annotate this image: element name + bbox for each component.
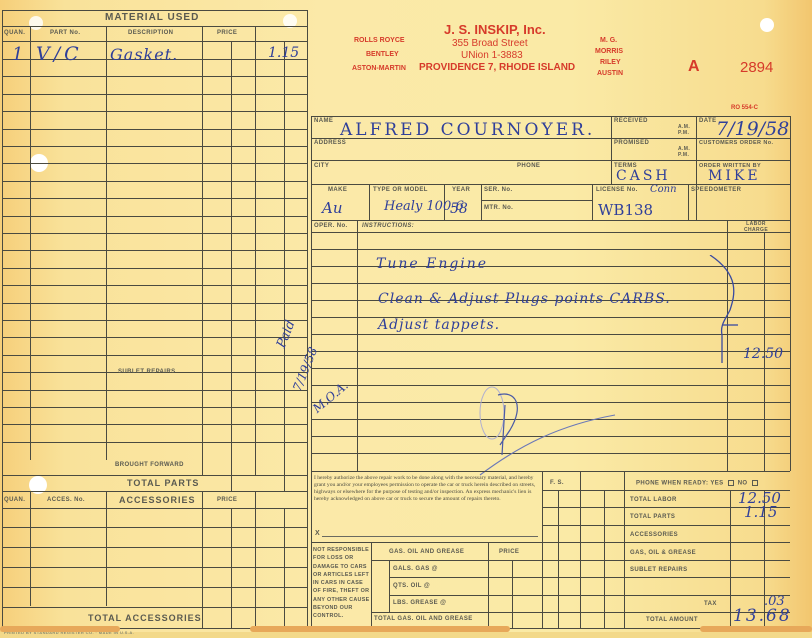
yes-checkbox[interactable] — [728, 480, 734, 486]
material-part-1: V/C — [36, 43, 83, 65]
phone-when-ready: PHONE WHEN READY: YES NO — [636, 480, 760, 487]
grease-row: LBS. GREASE @ — [393, 600, 446, 606]
paid-note: Paid — [275, 319, 298, 350]
city-label: CITY — [314, 163, 329, 169]
summary-gas-label: GAS, OIL & GREASE — [630, 550, 696, 556]
promised-ampm: A.M.P.M. — [678, 146, 690, 158]
col-quan: QUAN. — [4, 30, 25, 36]
disclaimer-text: NOT RESPONSIBLE FOR LOSS OR DAMAGE TO CA… — [313, 546, 371, 621]
license-label: LICENSE No. — [596, 187, 638, 193]
total-accessories-label: TOTAL ACCESSORIES — [88, 613, 202, 623]
address-label: ADDRESS — [314, 140, 346, 146]
instructions-label: INSTRUCTIONS: — [362, 223, 414, 229]
date-label: DATE — [699, 118, 717, 124]
instruction-line-1: Tune Engine — [376, 256, 488, 272]
acc-col-no: ACCES. No. — [47, 497, 85, 503]
make-aston-martin: ASTON-MARTIN — [352, 65, 406, 72]
form-code: RO 554-C — [731, 105, 758, 111]
make-mg: M. G. — [600, 37, 617, 44]
paid-initials: M.O.A. — [310, 378, 351, 415]
acc-col-accessories: ACCESSORIES — [119, 495, 196, 505]
signature-x: X — [315, 530, 320, 537]
material-quan-1: 1 — [12, 44, 23, 65]
model-label: TYPE OR MODEL — [373, 187, 428, 193]
make-morris: MORRIS — [595, 48, 623, 55]
license-state: Conn — [650, 184, 677, 195]
col-description: DESCRIPTION — [128, 30, 173, 36]
make-value: Au — [322, 199, 343, 217]
material-desc-1: Gasket. — [110, 45, 178, 64]
repair-order-form: MATERIAL USED QUAN. PART No. DESCRIPTION… — [0, 0, 812, 632]
promised-label: PROMISED — [614, 140, 649, 146]
oil-row: QTS. OIL @ — [393, 583, 430, 589]
name-label: NAME — [314, 118, 333, 124]
no-checkbox[interactable] — [752, 480, 758, 486]
oper-no-label: OPER. No. — [314, 223, 348, 229]
signature-scribble — [470, 385, 630, 480]
col-price: PRICE — [217, 30, 237, 36]
received-label: RECEIVED — [614, 118, 648, 124]
ser-no-label: SER. No. — [484, 187, 513, 193]
torn-edge — [0, 626, 120, 632]
instruction-line-3: Adjust tappets. — [378, 317, 500, 333]
signature-line[interactable] — [322, 536, 538, 537]
customer-name: ALFRED COURNOYER. — [340, 120, 595, 140]
instruction-line-2: Clean & Adjust Plugs points CARBS. — [378, 291, 671, 307]
gas-oil-total-label: TOTAL GAS. OIL AND GREASE — [374, 616, 473, 622]
make-austin: AUSTIN — [597, 70, 623, 77]
written-by-value: MIKE — [708, 168, 761, 184]
mtr-no-label: MTR. No. — [484, 205, 513, 211]
summary-total-parts-value: 1.15 — [744, 503, 777, 521]
date-value: 7/19/58 — [716, 118, 789, 140]
col-part-no: PART No. — [50, 30, 80, 36]
acc-col-price: PRICE — [217, 497, 237, 503]
gas-oil-price-label: PRICE — [499, 549, 519, 555]
summary-accessories-label: ACCESSORIES — [630, 532, 678, 538]
summary-tax-label: TAX — [704, 601, 717, 607]
company-city: PROVIDENCE 7, RHODE ISLAND — [419, 62, 575, 73]
company-street: 355 Broad Street — [452, 38, 528, 49]
torn-edge — [250, 626, 510, 632]
make-rolls-royce: ROLLS ROYCE — [354, 37, 405, 44]
summary-total-labor-label: TOTAL LABOR — [630, 497, 677, 503]
make-riley: RILEY — [600, 59, 621, 66]
summary-total-parts-label: TOTAL PARTS — [630, 514, 675, 520]
total-parts-label: TOTAL PARTS — [127, 478, 199, 488]
punch-hole — [29, 16, 43, 30]
serial-prefix: A — [688, 58, 700, 76]
year-label: YEAR — [452, 187, 470, 193]
torn-edge — [700, 626, 812, 632]
company-phone: UNion 1-3883 — [461, 50, 523, 61]
punch-hole — [760, 18, 774, 32]
serial-number: 2894 — [740, 59, 773, 76]
license-value: WB138 — [598, 201, 653, 219]
customers-order-label: CUSTOMERS ORDER No. — [699, 140, 773, 146]
acc-col-quan: QUAN. — [4, 497, 25, 503]
company-name: J. S. INSKIP, Inc. — [444, 22, 546, 37]
summary-total-amount-label: TOTAL AMOUNT — [646, 617, 698, 623]
labor-charge-value: 12.50 — [743, 346, 783, 362]
material-used-title: MATERIAL USED — [105, 12, 199, 23]
material-price-1: 1.15 — [268, 45, 299, 61]
year-value: 58 — [450, 201, 468, 217]
sublet-repairs-label: SUBLET REPAIRS — [118, 369, 176, 375]
phone-label: PHONE — [517, 163, 540, 169]
make-label: MAKE — [328, 187, 347, 193]
fs-label: F. S. — [550, 480, 564, 486]
gas-oil-title: GAS. OIL AND GREASE — [389, 549, 464, 555]
terms-value: CASH — [616, 168, 671, 184]
summary-total-amount-value: 13.68 — [733, 606, 792, 626]
paid-date: 7/19/58 — [290, 345, 320, 393]
brought-forward-label: BROUGHT FORWARD — [115, 462, 184, 468]
authorization-text: I hereby authorize the above repair work… — [314, 475, 538, 503]
summary-sublet-label: SUBLET REPAIRS — [630, 567, 688, 573]
speedometer-label: SPEEDOMETER — [691, 187, 741, 193]
gas-row: GALS. GAS @ — [393, 566, 438, 572]
received-ampm: A.M.P.M. — [678, 124, 690, 136]
make-bentley: BENTLEY — [366, 51, 399, 58]
